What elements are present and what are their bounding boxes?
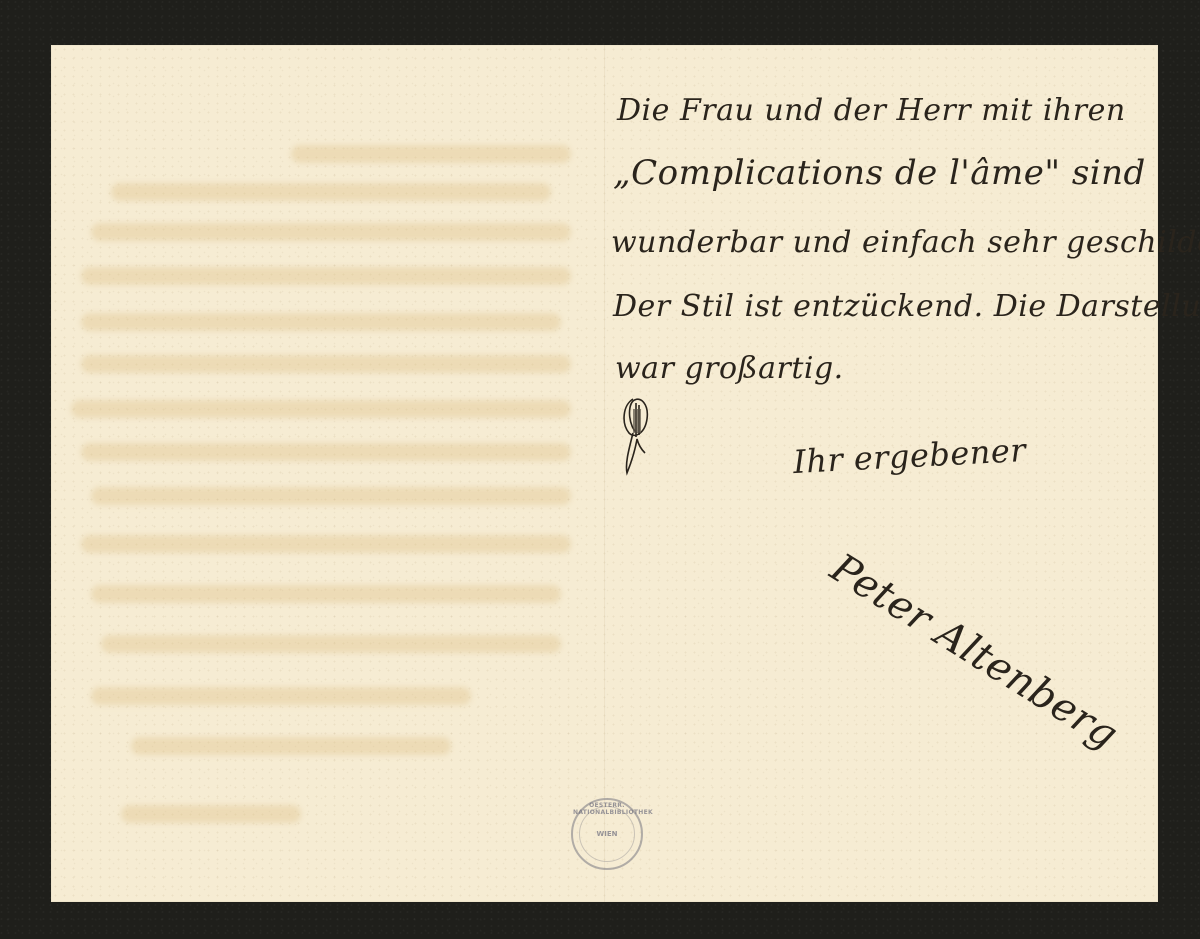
letter-line-2: „Complications de l'âme" sind [613, 153, 1146, 193]
bleed-through-line [71, 400, 571, 418]
closing-phrase: Ihr ergebener [792, 431, 1027, 481]
letter-line-3: wunderbar und einfach sehr geschildert. [611, 225, 1200, 260]
letter-line-5: war großartig. [615, 351, 844, 386]
bleed-through-line [91, 223, 571, 241]
bleed-through-line [291, 145, 571, 163]
bleed-through-line [91, 687, 471, 705]
bleed-through-line [81, 535, 571, 553]
stamp-ring-text: OESTERR. NATIONALBIBLIOTHEK [573, 802, 641, 816]
bleed-through-line [101, 635, 561, 653]
letter-line-1: Die Frau und der Herr mit ihren [617, 93, 1126, 128]
initial-flourish-icon [619, 393, 653, 483]
bleed-through-line [91, 585, 561, 603]
letter-sheet: Die Frau und der Herr mit ihren „Complic… [51, 45, 1158, 902]
right-page-letter-text: Die Frau und der Herr mit ihren „Complic… [607, 45, 1158, 902]
bleed-through-line [121, 805, 301, 823]
scan-background: Die Frau und der Herr mit ihren „Complic… [0, 0, 1200, 939]
bleed-through-line [131, 737, 451, 755]
bleed-through-line [111, 183, 551, 201]
letter-line-4: Der Stil ist entzückend. Die Darstellung [613, 289, 1200, 324]
left-page-bleed-through [51, 45, 604, 902]
bleed-through-line [81, 355, 571, 373]
library-stamp: OESTERR. NATIONALBIBLIOTHEK WIEN [571, 798, 643, 870]
bleed-through-line [81, 267, 571, 285]
fold-line [604, 45, 606, 902]
bleed-through-line [81, 313, 561, 331]
bleed-through-line [91, 487, 571, 505]
signature: Peter Altenberg [823, 545, 1126, 758]
bleed-through-line [81, 443, 571, 461]
